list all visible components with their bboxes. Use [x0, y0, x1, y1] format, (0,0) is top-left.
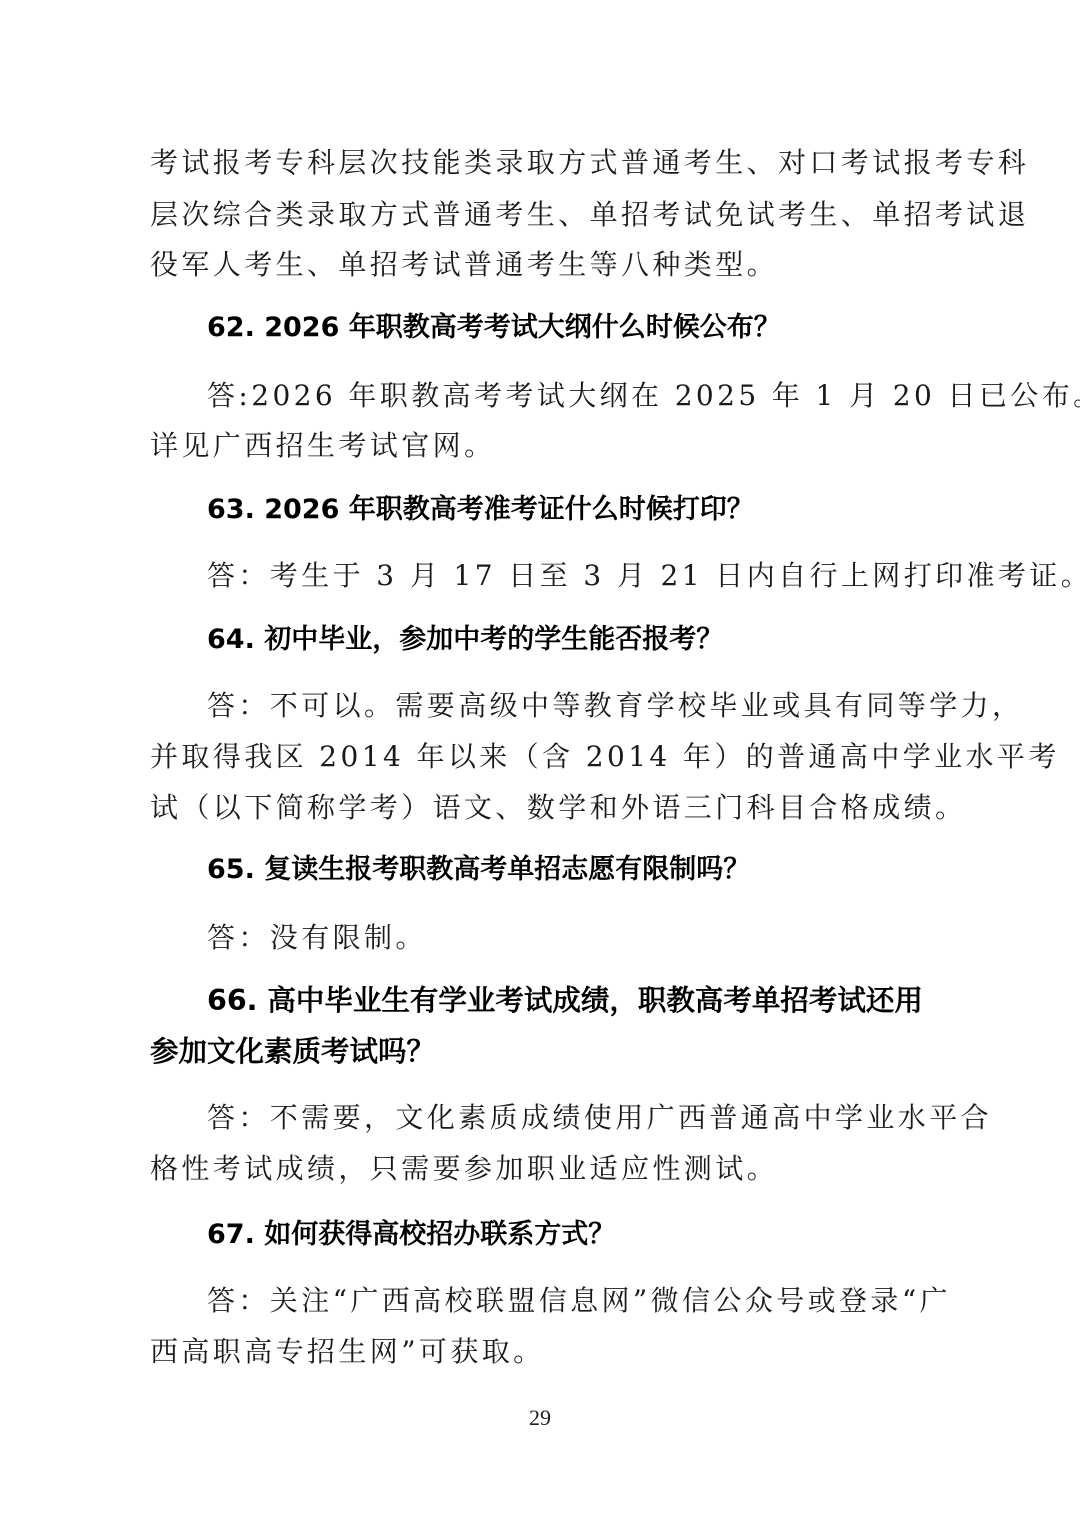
page-number: 29	[0, 1405, 1080, 1431]
faq-answer-67: 答：关注“广西高校联盟信息网”微信公众号或登录“广	[207, 1283, 940, 1319]
faq-answer-64: 并取得我区 2014 年以来（含 2014 年）的普通高中学业水平考	[150, 739, 940, 775]
faq-question-62: 62. 2026 年职教高考考试大纲什么时候公布？	[207, 310, 940, 346]
faq-answer-65: 答：没有限制。	[207, 920, 940, 956]
faq-answer-62: 答:2026 年职教高考考试大纲在 2025 年 1 月 20 日已公布。	[207, 378, 940, 414]
faq-answer-66: 答：不需要，文化素质成绩使用广西普通高中学业水平合	[207, 1100, 940, 1136]
continuation-line: 层次综合类录取方式普通考生、单招考试免试考生、单招考试退	[150, 197, 940, 233]
faq-answer-66: 格性考试成绩，只需要参加职业适应性测试。	[150, 1151, 940, 1187]
faq-answer-64: 答：不可以。需要高级中等教育学校毕业或具有同等学力，	[207, 688, 940, 724]
continuation-line: 役军人考生、单招考试普通考生等八种类型。	[150, 247, 940, 283]
faq-question-66: 参加文化素质考试吗？	[150, 1034, 940, 1070]
continuation-line: 考试报考专科层次技能类录取方式普通考生、对口考试报考专科	[150, 145, 940, 181]
faq-answer-64: 试（以下简称学考）语文、数学和外语三门科目合格成绩。	[150, 790, 940, 826]
faq-question-67: 67. 如何获得高校招办联系方式？	[207, 1217, 940, 1253]
document-page: 考试报考专科层次技能类录取方式普通考生、对口考试报考专科 层次综合类录取方式普通…	[0, 0, 1080, 1527]
faq-answer-63: 答：考生于 3 月 17 日至 3 月 21 日内自行上网打印准考证。	[207, 558, 940, 594]
faq-answer-62: 详见广西招生考试官网。	[150, 428, 940, 464]
faq-answer-67: 西高职高专招生网”可获取。	[150, 1334, 940, 1370]
faq-question-63: 63. 2026 年职教高考准考证什么时候打印？	[207, 492, 940, 528]
faq-question-66: 66. 高中毕业生有学业考试成绩，职教高考单招考试还用	[207, 983, 940, 1019]
faq-question-64: 64. 初中毕业，参加中考的学生能否报考？	[207, 622, 940, 658]
faq-question-65: 65. 复读生报考职教高考单招志愿有限制吗？	[207, 852, 940, 888]
